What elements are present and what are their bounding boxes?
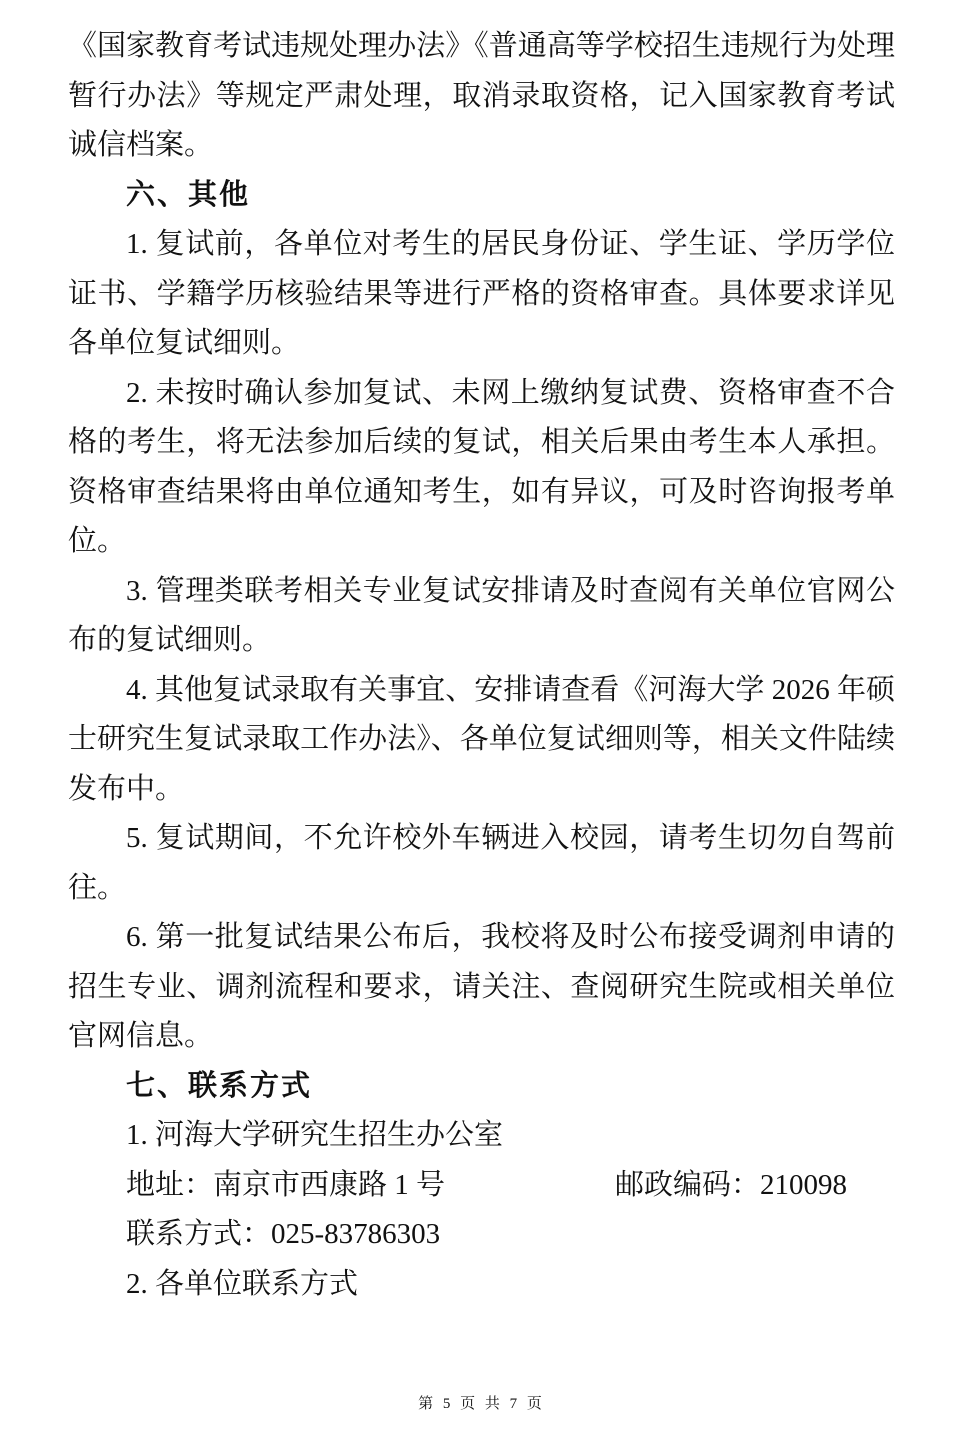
other-item-6: 6. 第一批复试结果公布后，我校将及时公布接受调剂申请的招生专业、调剂流程和要求…	[68, 913, 895, 1062]
paragraph-intro-continuation: 《国家教育考试违规处理办法》《普通高等学校招生违规行为处理暂行办法》等规定严肃处…	[68, 22, 895, 171]
other-item-4: 4. 其他复试录取有关事宜、安排请查看《河海大学 2026 年硕士研究生复试录取…	[68, 666, 895, 815]
contact-address: 地址：南京市西康路 1 号	[126, 1169, 445, 1201]
contact-address-line: 地址：南京市西康路 1 号邮政编码：210098	[68, 1161, 895, 1211]
other-item-2: 2. 未按时确认参加复试、未网上缴纳复试费、资格审查不合格的考生，将无法参加后续…	[68, 369, 895, 567]
contact-phone-line: 联系方式：025-83786303	[68, 1210, 895, 1260]
contact-units-line: 2. 各单位联系方式	[68, 1260, 895, 1310]
contact-postcode: 邮政编码：210098	[557, 1161, 847, 1211]
page-number-footer: 第 5 页 共 7 页	[0, 1392, 963, 1413]
other-item-5: 5. 复试期间，不允许校外车辆进入校园，请考生切勿自驾前往。	[68, 814, 895, 913]
document-page: 《国家教育考试违规处理办法》《普通高等学校招生违规行为处理暂行办法》等规定严肃处…	[0, 0, 963, 1433]
section-heading-contact: 七、联系方式	[68, 1062, 895, 1112]
section-heading-other: 六、其他	[68, 171, 895, 221]
other-item-3: 3. 管理类联考相关专业复试安排请及时查阅有关单位官网公布的复试细则。	[68, 567, 895, 666]
document-body: 《国家教育考试违规处理办法》《普通高等学校招生违规行为处理暂行办法》等规定严肃处…	[0, 0, 963, 1309]
other-item-1: 1. 复试前，各单位对考生的居民身份证、学生证、学历学位证书、学籍学历核验结果等…	[68, 220, 895, 369]
contact-office-line: 1. 河海大学研究生招生办公室	[68, 1111, 895, 1161]
